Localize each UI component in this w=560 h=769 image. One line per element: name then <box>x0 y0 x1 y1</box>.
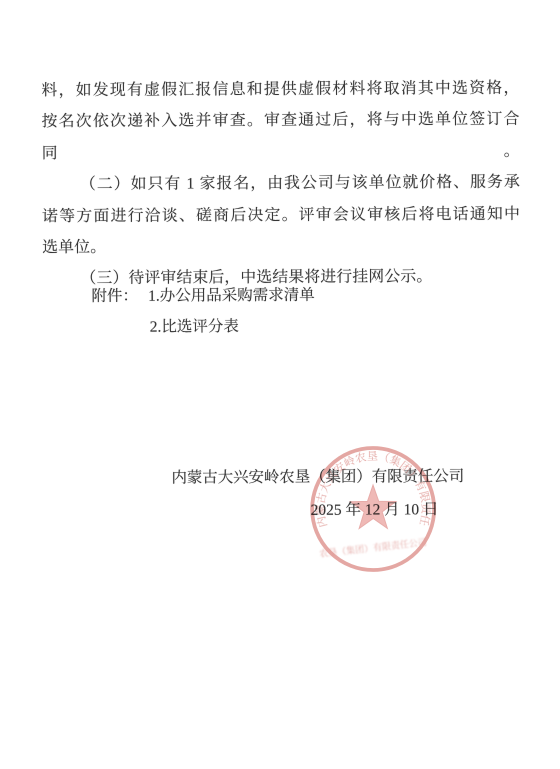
body-line-paragraph-2-start: （二）如只有 1 家报名，由我公司与该单位就价格、服务承 <box>42 167 520 201</box>
body-line: 诺等方面进行洽谈、磋商后决定。评审会议审核后将电话通知中 <box>42 198 520 232</box>
seal-horizontal-text: 农垦（集团）有限责任公司 <box>319 536 428 559</box>
attachments-label: 附件： <box>91 288 138 305</box>
body-line: 选单位。 <box>42 230 520 264</box>
body-text-block: 料，如发现有虚假汇报信息和提供虚假材料将取消其中选资格， 按名次依次递补入选并审… <box>41 73 520 295</box>
document-page: 料，如发现有虚假汇报信息和提供虚假材料将取消其中选资格， 按名次依次递补入选并审… <box>0 0 560 769</box>
signature-company-name: 内蒙古大兴安岭农垦（集团）有限责任公司 <box>171 467 464 488</box>
scanned-content: 料，如发现有虚假汇报信息和提供虚假材料将取消其中选资格， 按名次依次递补入选并审… <box>0 0 560 769</box>
body-line: 按名次依次递补入选并审查。审查通过后，将与中选单位签订合同。 <box>42 104 520 169</box>
attachments-line-1: 附件：1.办公用品采购需求清单 <box>91 287 314 306</box>
signature-date: 2025 年 12 月 10 日 <box>311 500 439 520</box>
body-line: 料，如发现有虚假汇报信息和提供虚假材料将取消其中选资格， <box>41 73 519 107</box>
attachment-item-2: 2.比选评分表 <box>150 318 239 336</box>
attachment-item-1: 1.办公用品采购需求清单 <box>148 287 315 305</box>
